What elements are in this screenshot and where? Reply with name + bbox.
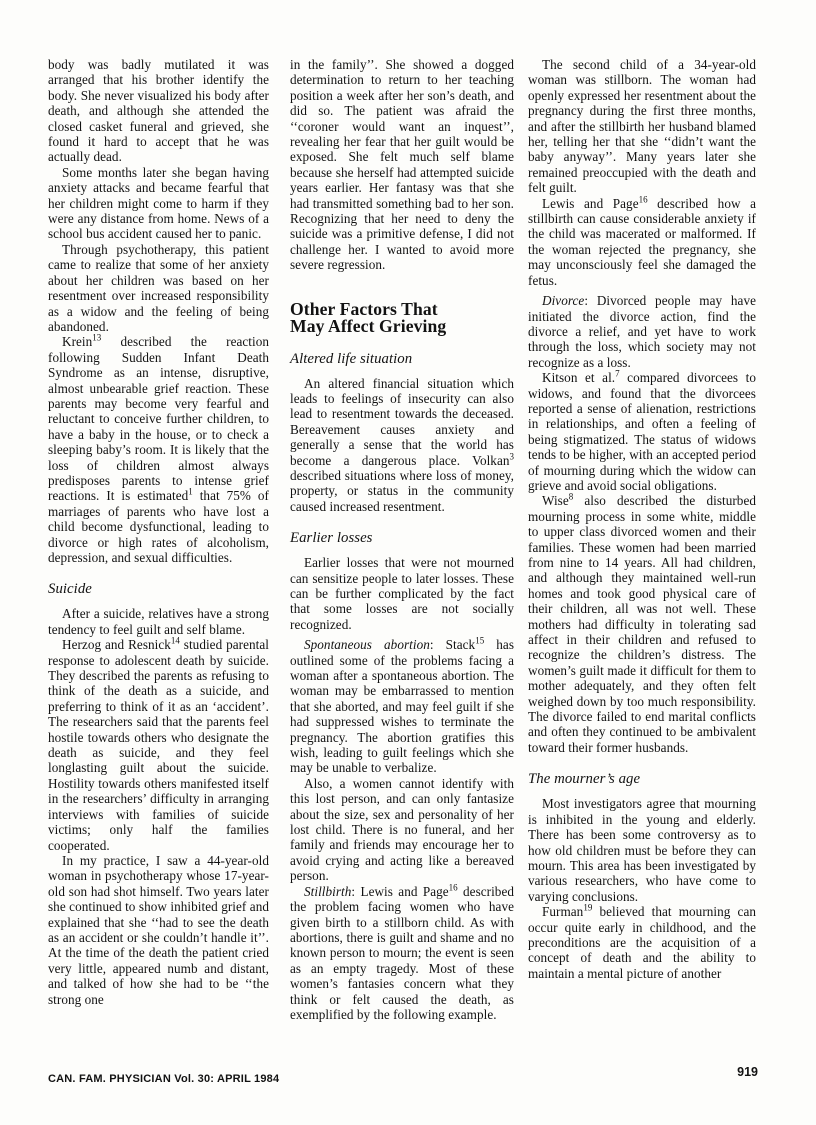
paragraph: Furman19 believed that mourning can occu… — [528, 904, 756, 981]
journal-footer: CAN. FAM. PHYSICIAN Vol. 30: APRIL 1984 — [48, 1073, 279, 1085]
italic-text: Stillbirth — [304, 884, 351, 899]
italic-text: Spontaneous abortion — [304, 637, 430, 652]
subsection-heading: Suicide — [48, 582, 269, 597]
reference-superscript: 3 — [510, 451, 515, 461]
paragraph: Herzog and Resnick14 studied parental re… — [48, 637, 269, 853]
body-text: described situations where loss of money… — [290, 468, 514, 514]
body-text: described the problem facing women who h… — [290, 884, 514, 1022]
body-text: Some months later she began having anxie… — [48, 165, 269, 242]
paragraph: Earlier losses that were not mourned can… — [290, 555, 514, 632]
body-text: Furman — [542, 904, 583, 919]
paragraph: in the family’’. She showed a dogged det… — [290, 57, 514, 273]
body-text: Most investigators agree that mourning i… — [528, 796, 756, 903]
reference-superscript: 16 — [449, 882, 458, 892]
reference-superscript: 15 — [475, 636, 484, 646]
paragraph: Divorce: Divorced people may have initia… — [528, 293, 756, 370]
body-text: : Lewis and Page — [351, 884, 448, 899]
body-text: body was badly mutilated it was arranged… — [48, 57, 269, 164]
page-number: 919 — [658, 1065, 758, 1079]
body-text: Kitson et al. — [542, 370, 615, 385]
paragraph: In my practice, I saw a 44-year-old woma… — [48, 853, 269, 1007]
paragraph: The second child of a 34-year-old woman … — [528, 57, 756, 196]
text-column-right: The second child of a 34-year-old woman … — [528, 57, 756, 981]
body-text: Also, a women cannot identify with this … — [290, 776, 514, 883]
paragraph: body was badly mutilated it was arranged… — [48, 57, 269, 165]
subsection-heading: Earlier losses — [290, 531, 514, 546]
body-text: also described the disturbed mourning pr… — [528, 493, 756, 755]
paragraph: Through psychotherapy, this patient came… — [48, 242, 269, 334]
body-text: described the reaction following Sudden … — [48, 334, 269, 503]
paragraph: Most investigators agree that mourning i… — [528, 796, 756, 904]
body-text: Herzog and Resnick — [62, 637, 171, 652]
text-column-middle: in the family’’. She showed a dogged det… — [290, 57, 514, 1022]
body-text: Wise — [542, 493, 569, 508]
journal-page: body was badly mutilated it was arranged… — [0, 0, 816, 1125]
reference-superscript: 14 — [171, 636, 180, 646]
paragraph: Also, a women cannot identify with this … — [290, 776, 514, 884]
body-text: In my practice, I saw a 44-year-old woma… — [48, 853, 269, 1007]
text-column-left: body was badly mutilated it was arranged… — [48, 57, 269, 1007]
reference-superscript: 19 — [583, 903, 592, 913]
body-text: Krein — [62, 334, 92, 349]
paragraph: Spontaneous abortion: Stack15 has outlin… — [290, 637, 514, 776]
body-text: Lewis and Page — [542, 196, 639, 211]
subsection-heading: The mourner’s age — [528, 772, 756, 787]
paragraph: Wise8 also described the disturbed mourn… — [528, 493, 756, 755]
paragraph: Kitson et al.7 compared divorcees to wid… — [528, 370, 756, 493]
reference-superscript: 16 — [639, 194, 648, 204]
body-text: After a suicide, relatives have a strong… — [48, 606, 269, 636]
body-text: studied parental response to adolescent … — [48, 637, 269, 852]
body-text: Earlier losses that were not mourned can… — [290, 555, 514, 632]
paragraph: Stillbirth: Lewis and Page16 described t… — [290, 884, 514, 1023]
section-heading: Other Factors ThatMay Affect Grieving — [290, 301, 514, 335]
body-text: An altered financial situation which lea… — [290, 376, 514, 468]
body-text: compared divorcees to widows, and found … — [528, 370, 756, 493]
reference-superscript: 13 — [92, 333, 101, 343]
paragraph: Some months later she began having anxie… — [48, 165, 269, 242]
body-text: Through psychotherapy, this patient came… — [48, 242, 269, 334]
body-text: The second child of a 34-year-old woman … — [528, 57, 756, 195]
paragraph: An altered financial situation which lea… — [290, 376, 514, 515]
body-text: : Stack — [430, 637, 475, 652]
paragraph: Lewis and Page16 described how a stillbi… — [528, 196, 756, 288]
italic-text: Divorce — [542, 293, 584, 308]
subsection-heading: Altered life situation — [290, 352, 514, 367]
body-text: has outlined some of the problems facing… — [290, 637, 514, 775]
paragraph: After a suicide, relatives have a strong… — [48, 606, 269, 637]
body-text: in the family’’. She showed a dogged det… — [290, 57, 514, 272]
paragraph: Krein13 described the reaction following… — [48, 334, 269, 565]
